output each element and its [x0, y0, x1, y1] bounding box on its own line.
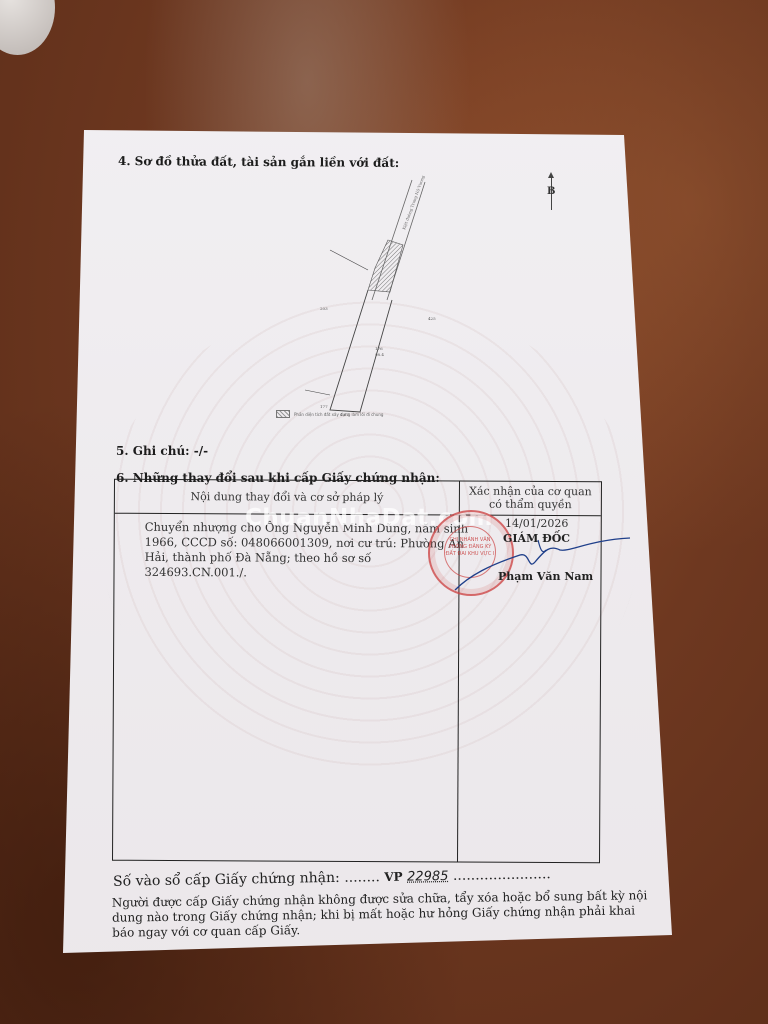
north-label: B — [547, 186, 555, 197]
svg-text:98.4: 98.4 — [375, 352, 384, 357]
svg-text:425: 425 — [428, 316, 436, 321]
north-arrow-icon: B — [547, 172, 557, 212]
signer-name: Phạm Văn Nam — [498, 570, 593, 583]
header-change-content: Nội dung thay đổi và cơ sở pháp lý — [115, 490, 459, 505]
diagram-legend: Phần diện tích đất xây dựng làm lối đi c… — [276, 410, 383, 418]
svg-text:176: 176 — [375, 346, 383, 351]
hatch-swatch — [276, 410, 290, 418]
register-number: 22985 — [407, 869, 449, 885]
section-5-heading: 5. Ghi chú: -/- — [116, 444, 208, 458]
certificate-content: 4. Sơ đồ thửa đất, tài sản gắn liền với … — [0, 0, 768, 1024]
handwritten-signature — [450, 520, 650, 600]
certificate-notice: Người được cấp Giấy chứng nhận không đượ… — [112, 888, 653, 941]
land-plot-diagram: Kiệt đường Trưng Nữ Vương 203 176 98.4 4… — [260, 150, 480, 420]
register-number-line: Số vào sổ cấp Giấy chứng nhận: ........ … — [113, 866, 551, 890]
register-prefix: VP — [384, 870, 403, 884]
svg-text:203: 203 — [320, 306, 328, 311]
svg-text:177: 177 — [320, 404, 328, 409]
legend-text: Phần diện tích đất xây dựng làm lối đi c… — [294, 412, 383, 417]
register-label: Số vào sổ cấp Giấy chứng nhận: — [113, 870, 340, 890]
